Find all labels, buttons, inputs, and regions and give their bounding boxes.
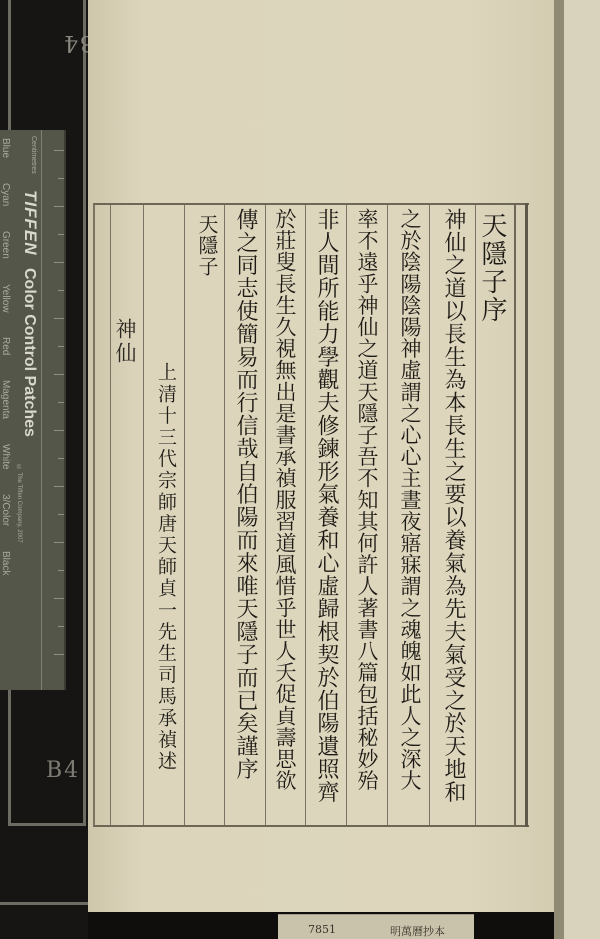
adjacent-page: [564, 0, 600, 939]
column-rule: [265, 205, 266, 825]
shelf-label: 7851 明萬曆抄本: [278, 914, 474, 939]
text-column-3: 率不遠乎神仙之道天隱子吾不知其何許人著書八篇包括秘妙殆: [350, 208, 384, 791]
text-column-6: 傳之同志使簡易而行信哉自伯陽而來唯天隱子而已矣謹序: [228, 208, 262, 781]
column-rule: [184, 205, 185, 825]
color-patch-labels: Blue Cyan Green Yellow Red Magenta White…: [0, 138, 11, 598]
column-rule: [429, 205, 430, 825]
column-rule: [346, 205, 347, 825]
ruler-scale: [41, 130, 64, 690]
color-control-card: Blue Cyan Green Yellow Red Magenta White…: [0, 130, 66, 690]
book-spine-edge: [554, 0, 564, 939]
card-title: Color Control Patches: [20, 268, 38, 437]
mount-label-bottom: B4: [46, 758, 80, 783]
section-title: 天隱子: [190, 214, 224, 277]
shelf-number: 7851: [308, 923, 336, 936]
text-column-2: 之於陰陽陰陽神虛謂之心心主晝夜寤寐謂之魂魄如此人之深大: [393, 208, 427, 791]
shelf-text: 明萬曆抄本: [390, 923, 445, 939]
column-rule: [143, 205, 144, 825]
text-frame-right-border: [514, 203, 528, 827]
column-rule: [387, 205, 388, 825]
mount-bottom-line: [0, 902, 95, 905]
unit-label: Centimetres: [30, 136, 37, 174]
column-rule: [110, 205, 111, 825]
margin-note: 神仙: [110, 318, 140, 366]
preface-title: 天隱子序: [476, 212, 508, 324]
column-rule: [224, 205, 225, 825]
author-line: 上清十三代宗師唐天師貞一先生司馬承禎述: [149, 362, 183, 772]
text-column-5: 於莊叟長生久視無出是書承禎服習道風惜乎世人夭促貞壽思欲: [268, 208, 302, 791]
column-rule: [305, 205, 306, 825]
text-column-1: 神仙之道以長生為本長生之要以養氣為先夫氣受之於天地和: [436, 208, 470, 803]
text-column-4: 非人間所能力學觀夫修鍊形氣養和心虛歸根契於伯陽遺照齊: [309, 208, 343, 803]
copyright: © The Tiffen Company, 2007: [16, 465, 22, 543]
brand-logo: TIFFEN: [20, 190, 40, 256]
